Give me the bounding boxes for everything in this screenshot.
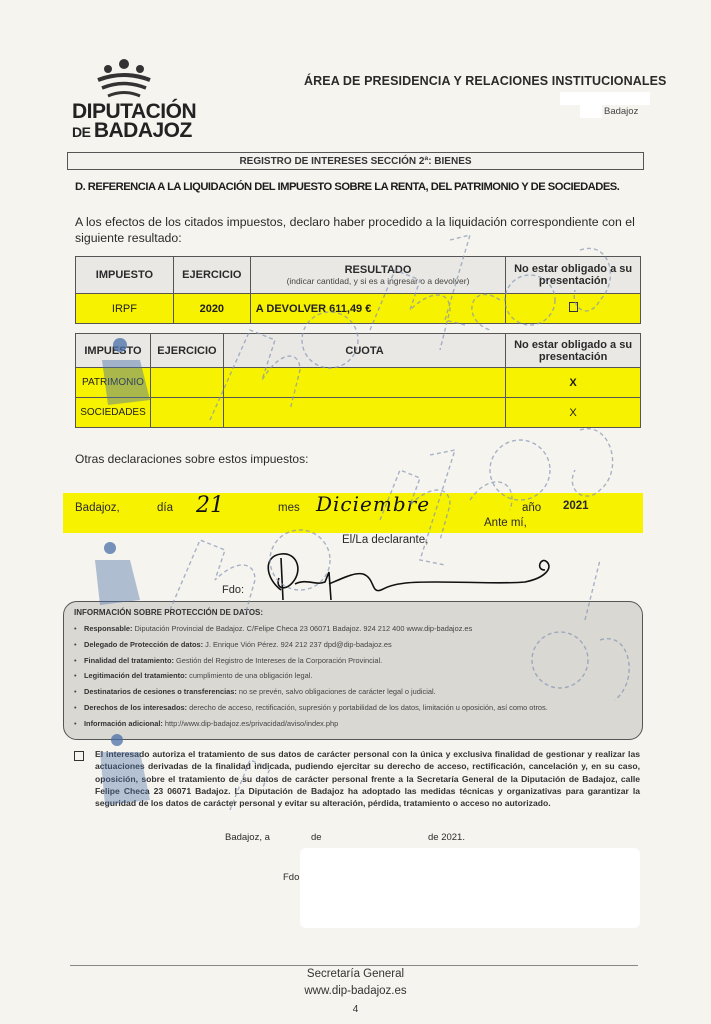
col-impuesto: IMPUESTO — [76, 334, 151, 368]
col-ejercicio: EJERCICIO — [150, 334, 223, 368]
privacy-item-label: Destinatarios de cesiones o transferenci… — [84, 687, 237, 696]
privacy-item: Legitimación del tratamiento: cumplimien… — [74, 668, 632, 684]
privacy-item: Información adicional: http://www.dip-ba… — [74, 716, 632, 732]
cell-no-obligado[interactable]: X — [506, 368, 641, 398]
consent-checkbox[interactable] — [74, 751, 84, 761]
privacy-item: Responsable: Diputación Provincial de Ba… — [74, 621, 632, 637]
ano-label: año — [522, 502, 541, 514]
declarante-label: El/La declarante, — [342, 534, 428, 546]
table-row: PATRIMONIO X — [76, 368, 641, 398]
col-resultado-sub: (indicar cantidad, y si es a ingresar o … — [251, 276, 505, 286]
cell-impuesto: PATRIMONIO — [76, 368, 151, 398]
col-no-obligado: No estar obligado a su presentación — [506, 334, 641, 368]
col-cuota: CUOTA — [223, 334, 505, 368]
privacy-list: Responsable: Diputación Provincial de Ba… — [74, 621, 632, 732]
cell-ejercicio[interactable]: 2020 — [173, 294, 250, 324]
date-place: Badajoz, — [75, 502, 120, 514]
cell-no-obligado[interactable]: X — [506, 398, 641, 428]
cell-cuota[interactable] — [223, 368, 505, 398]
fdo-label: Fdo: — [222, 584, 244, 596]
footer-dept: Secretaría General — [0, 968, 711, 980]
section-banner: REGISTRO DE INTERESES SECCIÓN 2ª: BIENES — [67, 152, 644, 170]
col-resultado-label: RESULTADO — [345, 264, 412, 276]
bottom-date-place: Badajoz, a — [225, 832, 270, 843]
dia-value[interactable]: 21 — [196, 493, 224, 518]
table-row: SOCIEDADES X — [76, 398, 641, 428]
redaction-box — [580, 104, 602, 118]
privacy-item-text: cumplimiento de una obligación legal. — [187, 671, 312, 680]
ano-value[interactable]: 2021 — [563, 500, 589, 512]
col-no-obligado: No estar obligado a su presentación — [506, 257, 641, 294]
redaction-box — [560, 92, 650, 105]
privacy-item-text: Gestión del Registro de Intereses de la … — [174, 656, 382, 665]
cell-resultado[interactable]: A DEVOLVER 611,49 € — [250, 294, 505, 324]
privacy-item: Derechos de los interesados: derecho de … — [74, 700, 632, 716]
irpf-table: IMPUESTO EJERCICIO RESULTADO(indicar can… — [75, 256, 641, 324]
cell-cuota[interactable] — [223, 398, 505, 428]
privacy-item-text: no se prevén, salvo obligaciones de cará… — [237, 687, 436, 696]
section-d-heading: D. REFERENCIA A LA LIQUIDACIÓN DEL IMPUE… — [75, 181, 619, 193]
page-number: 4 — [0, 1004, 711, 1015]
footer-url[interactable]: www.dip-badajoz.es — [0, 985, 711, 997]
privacy-item-text: http://www.dip-badajoz.es/privacidad/avi… — [163, 719, 338, 728]
org-name-de: DE — [72, 124, 94, 140]
col-resultado: RESULTADO(indicar cantidad, y si es a in… — [250, 257, 505, 294]
document-page: DIPUTACIÓN DE BADAJOZ ÁREA DE PRESIDENCI… — [0, 0, 711, 1024]
footer-divider — [70, 965, 638, 966]
intro-paragraph: A los efectos de los citados impuestos, … — [75, 214, 645, 246]
bottom-date-de1: de — [311, 832, 322, 843]
dia-label: día — [157, 502, 173, 514]
privacy-item-text: derecho de acceso, rectificación, supres… — [187, 703, 548, 712]
no-obligado-checkbox[interactable] — [569, 302, 578, 312]
consent-paragraph: El interesado autoriza el tratamiento de… — [95, 748, 640, 809]
patrimonio-sociedades-table: IMPUESTO EJERCICIO CUOTA No estar obliga… — [75, 333, 641, 428]
col-impuesto: IMPUESTO — [76, 257, 174, 294]
privacy-item-label: Información adicional: — [84, 719, 163, 728]
cell-impuesto: SOCIEDADES — [76, 398, 151, 428]
privacy-item-label: Finalidad del tratamiento: — [84, 656, 174, 665]
area-title: ÁREA DE PRESIDENCIA Y RELACIONES INSTITU… — [304, 74, 666, 88]
mes-label: mes — [278, 502, 300, 514]
crown-waves-icon — [94, 58, 154, 102]
privacy-item-text: Diputación Provincial de Badajoz. C/Feli… — [132, 624, 472, 633]
cell-ejercicio[interactable] — [150, 368, 223, 398]
mes-value[interactable]: Diciembre — [316, 492, 430, 516]
privacy-item-label: Legitimación del tratamiento: — [84, 671, 187, 680]
col-ejercicio: EJERCICIO — [173, 257, 250, 294]
privacy-item: Finalidad del tratamiento: Gestión del R… — [74, 653, 632, 669]
privacy-title: INFORMACIÓN SOBRE PROTECCIÓN DE DATOS: — [74, 608, 632, 617]
header-city: Badajoz — [604, 106, 638, 117]
cell-impuesto: IRPF — [76, 294, 174, 324]
privacy-item: Delegado de Protección de datos: J. Enri… — [74, 637, 632, 653]
table-row: IRPF 2020 A DEVOLVER 611,49 € — [76, 294, 641, 324]
otras-declaraciones-label: Otras declaraciones sobre estos impuesto… — [75, 452, 308, 466]
org-name-line2: BADAJOZ — [94, 119, 192, 142]
privacy-item-text: J. Enrique Vión Pérez. 924 212 237 dpd@d… — [203, 640, 392, 649]
cell-ejercicio[interactable] — [150, 398, 223, 428]
privacy-item-label: Responsable: — [84, 624, 132, 633]
ante-mi: Ante mí, — [484, 517, 527, 529]
redaction-box — [300, 848, 640, 928]
privacy-item-label: Delegado de Protección de datos: — [84, 640, 203, 649]
diputacion-logo: DIPUTACIÓN DE BADAJOZ — [72, 58, 192, 144]
privacy-item-label: Derechos de los interesados: — [84, 703, 187, 712]
bottom-date-de2: de 2021. — [428, 832, 465, 843]
data-protection-box: INFORMACIÓN SOBRE PROTECCIÓN DE DATOS: R… — [63, 601, 643, 740]
cell-no-obligado[interactable] — [506, 294, 641, 324]
handwritten-signature — [245, 548, 575, 603]
privacy-item: Destinatarios de cesiones o transferenci… — [74, 684, 632, 700]
